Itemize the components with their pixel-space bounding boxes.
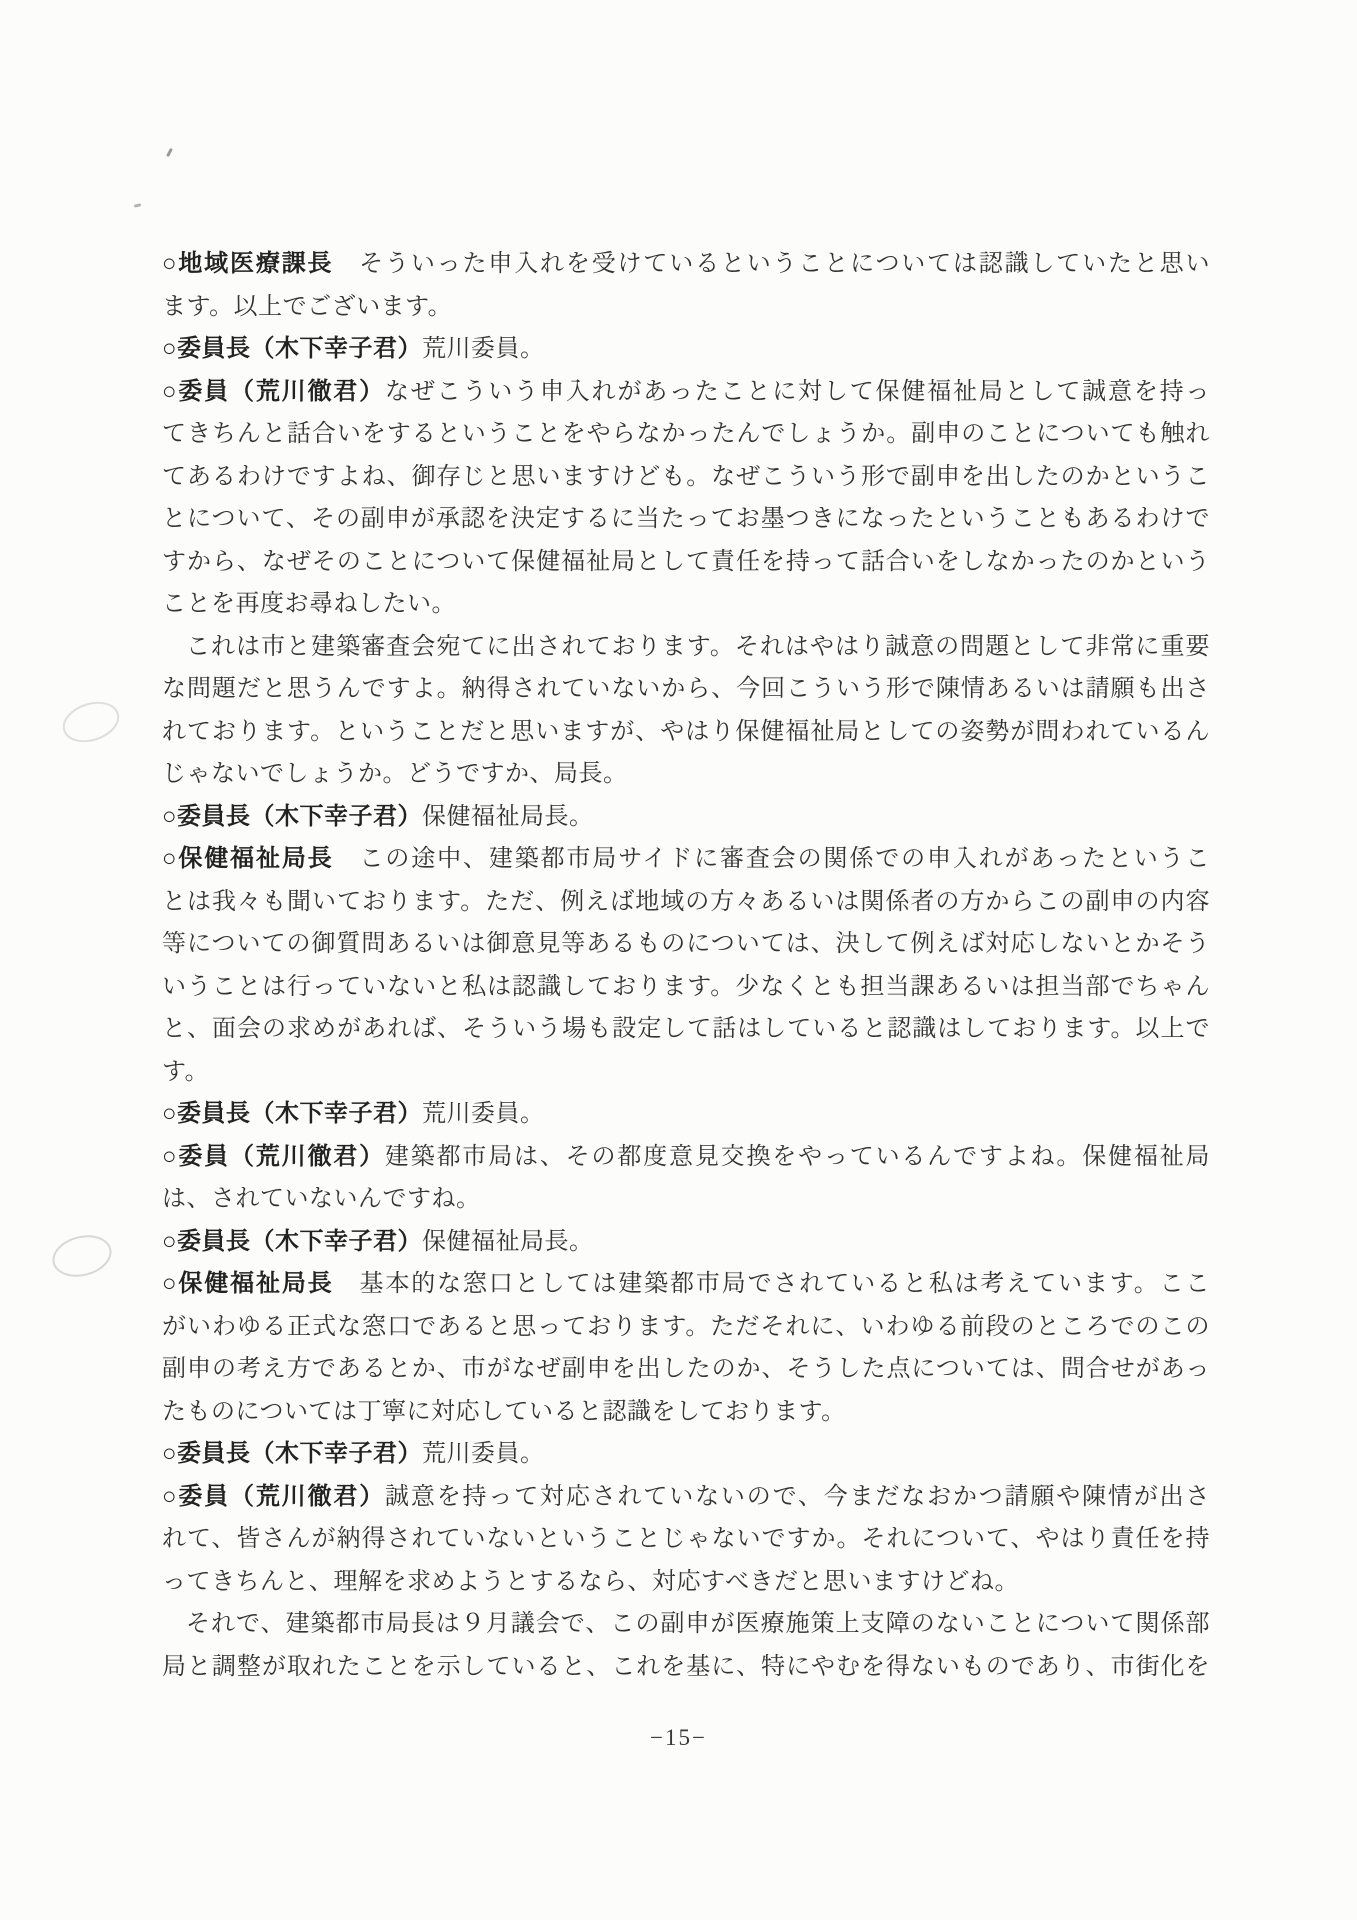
transcript-line: ○委員長（木下幸子君）荒川委員。 — [162, 328, 1210, 371]
transcript-line: てきちんと話合いをするということをやらなかったんでしょうか。副申のことについても… — [162, 413, 1210, 456]
transcript-line: 局と調整が取れたことを示していると、これを基に、特にやむを得ないものであり、市街… — [162, 1646, 1210, 1689]
transcript-line: ○委員長（木下幸子君）保健福祉局長。 — [162, 796, 1210, 839]
transcript-line: れて、皆さんが納得されていないということじゃないですか。それについて、やはり責任… — [162, 1518, 1210, 1561]
speaker-label: ○委員長（木下幸子君） — [162, 1440, 422, 1467]
transcript-line: ます。以上でございます。 — [162, 286, 1210, 329]
transcript-line: ○地域医療課長 そういった申入れを受けているということについては認識していたと思… — [162, 243, 1210, 286]
transcript-line: ○保健福祉局長 基本的な窓口としては建築都市局でされていると私は考えています。こ… — [162, 1263, 1210, 1306]
punch-hole-mark — [48, 1229, 116, 1282]
transcript-line: 副申の考え方であるとか、市がなぜ副申を出したのか、そうした点については、問合せが… — [162, 1348, 1210, 1391]
punch-hole-mark — [58, 695, 125, 749]
transcript-line: な問題だと思うんですよ。納得されていないから、今回こういう形で陳情あるいは請願も… — [162, 668, 1210, 711]
transcript-line: れております。ということだと思いますが、やはり保健福祉局としての姿勢が問われてい… — [162, 711, 1210, 754]
transcript-line: ○保健福祉局長 この途中、建築都市局サイドに審査会の関係での申入れがあったという… — [162, 838, 1210, 881]
transcript-line: たものについては丁寧に対応していると認識をしております。 — [162, 1391, 1210, 1434]
speaker-label: ○委員長（木下幸子君） — [162, 1100, 422, 1127]
transcript-line: ってきちんと、理解を求めようとするなら、対応すべきだと思いますけどね。 — [162, 1561, 1210, 1604]
transcript-line: いうことは行っていないと私は認識しております。少なくとも担当課あるいは担当部でち… — [162, 966, 1210, 1009]
speaker-label: ○地域医療課長 — [162, 250, 333, 277]
scan-artifact-mark — [134, 203, 141, 207]
transcript-line: ○委員長（木下幸子君）保健福祉局長。 — [162, 1221, 1210, 1264]
speaker-label: ○委員長（木下幸子君） — [162, 803, 422, 830]
speaker-label: ○委員（荒川徹君） — [162, 1483, 385, 1510]
speaker-label: ○委員長（木下幸子君） — [162, 335, 422, 362]
speaker-label: ○保健福祉局長 — [162, 845, 334, 872]
transcript-line: それで、建築都市局長は９月議会で、この副申が医療施策上支障のないことについて関係… — [162, 1603, 1210, 1646]
page-number: −15− — [0, 1725, 1357, 1751]
scanned-page: ○地域医療課長 そういった申入れを受けているということについては認識していたと思… — [0, 0, 1357, 1920]
speaker-label: ○保健福祉局長 — [162, 1270, 334, 1297]
speaker-label: ○委員（荒川徹君） — [162, 378, 385, 405]
transcript-line: ○委員長（木下幸子君）荒川委員。 — [162, 1433, 1210, 1476]
transcript-line: すから、なぜそのことについて保健福祉局として責任を持って話合いをしなかったのかと… — [162, 541, 1210, 584]
transcript-line: とは我々も聞いております。ただ、例えば地域の方々あるいは関係者の方からこの副申の… — [162, 881, 1210, 924]
transcript-line: じゃないでしょうか。どうですか、局長。 — [162, 753, 1210, 796]
transcript-line: ○委員長（木下幸子君）荒川委員。 — [162, 1093, 1210, 1136]
transcript-line: とについて、その副申が承認を決定するに当たってお墨つきになったということもあるわ… — [162, 498, 1210, 541]
speaker-label: ○委員長（木下幸子君） — [162, 1228, 422, 1255]
transcript-line: ことを再度お尋ねしたい。 — [162, 583, 1210, 626]
transcript-line: ○委員（荒川徹君）建築都市局は、その都度意見交換をやっているんですよね。保健福祉… — [162, 1136, 1210, 1179]
transcript-line: これは市と建築審査会宛てに出されております。それはやはり誠意の問題として非常に重… — [162, 626, 1210, 669]
transcript-line: がいわゆる正式な窓口であると思っております。ただそれに、いわゆる前段のところでの… — [162, 1306, 1210, 1349]
transcript-line: ○委員（荒川徹君）なぜこういう申入れがあったことに対して保健福祉局として誠意を持… — [162, 371, 1210, 414]
transcript-text: ○地域医療課長 そういった申入れを受けているということについては認識していたと思… — [162, 243, 1210, 1688]
transcript-line: す。 — [162, 1051, 1210, 1094]
transcript-line: てあるわけですよね、御存じと思いますけども。なぜこういう形で副申を出したのかとい… — [162, 456, 1210, 499]
transcript-line: ○委員（荒川徹君）誠意を持って対応されていないので、今まだなおかつ請願や陳情が出… — [162, 1476, 1210, 1519]
scan-artifact-mark — [166, 148, 173, 157]
speaker-label: ○委員（荒川徹君） — [162, 1143, 385, 1170]
transcript-line: と、面会の求めがあれば、そういう場も設定して話はしていると認識はしております。以… — [162, 1008, 1210, 1051]
transcript-line: は、されていないんですね。 — [162, 1178, 1210, 1221]
transcript-line: 等についての御質問あるいは御意見等あるものについては、決して例えば対応しないとか… — [162, 923, 1210, 966]
